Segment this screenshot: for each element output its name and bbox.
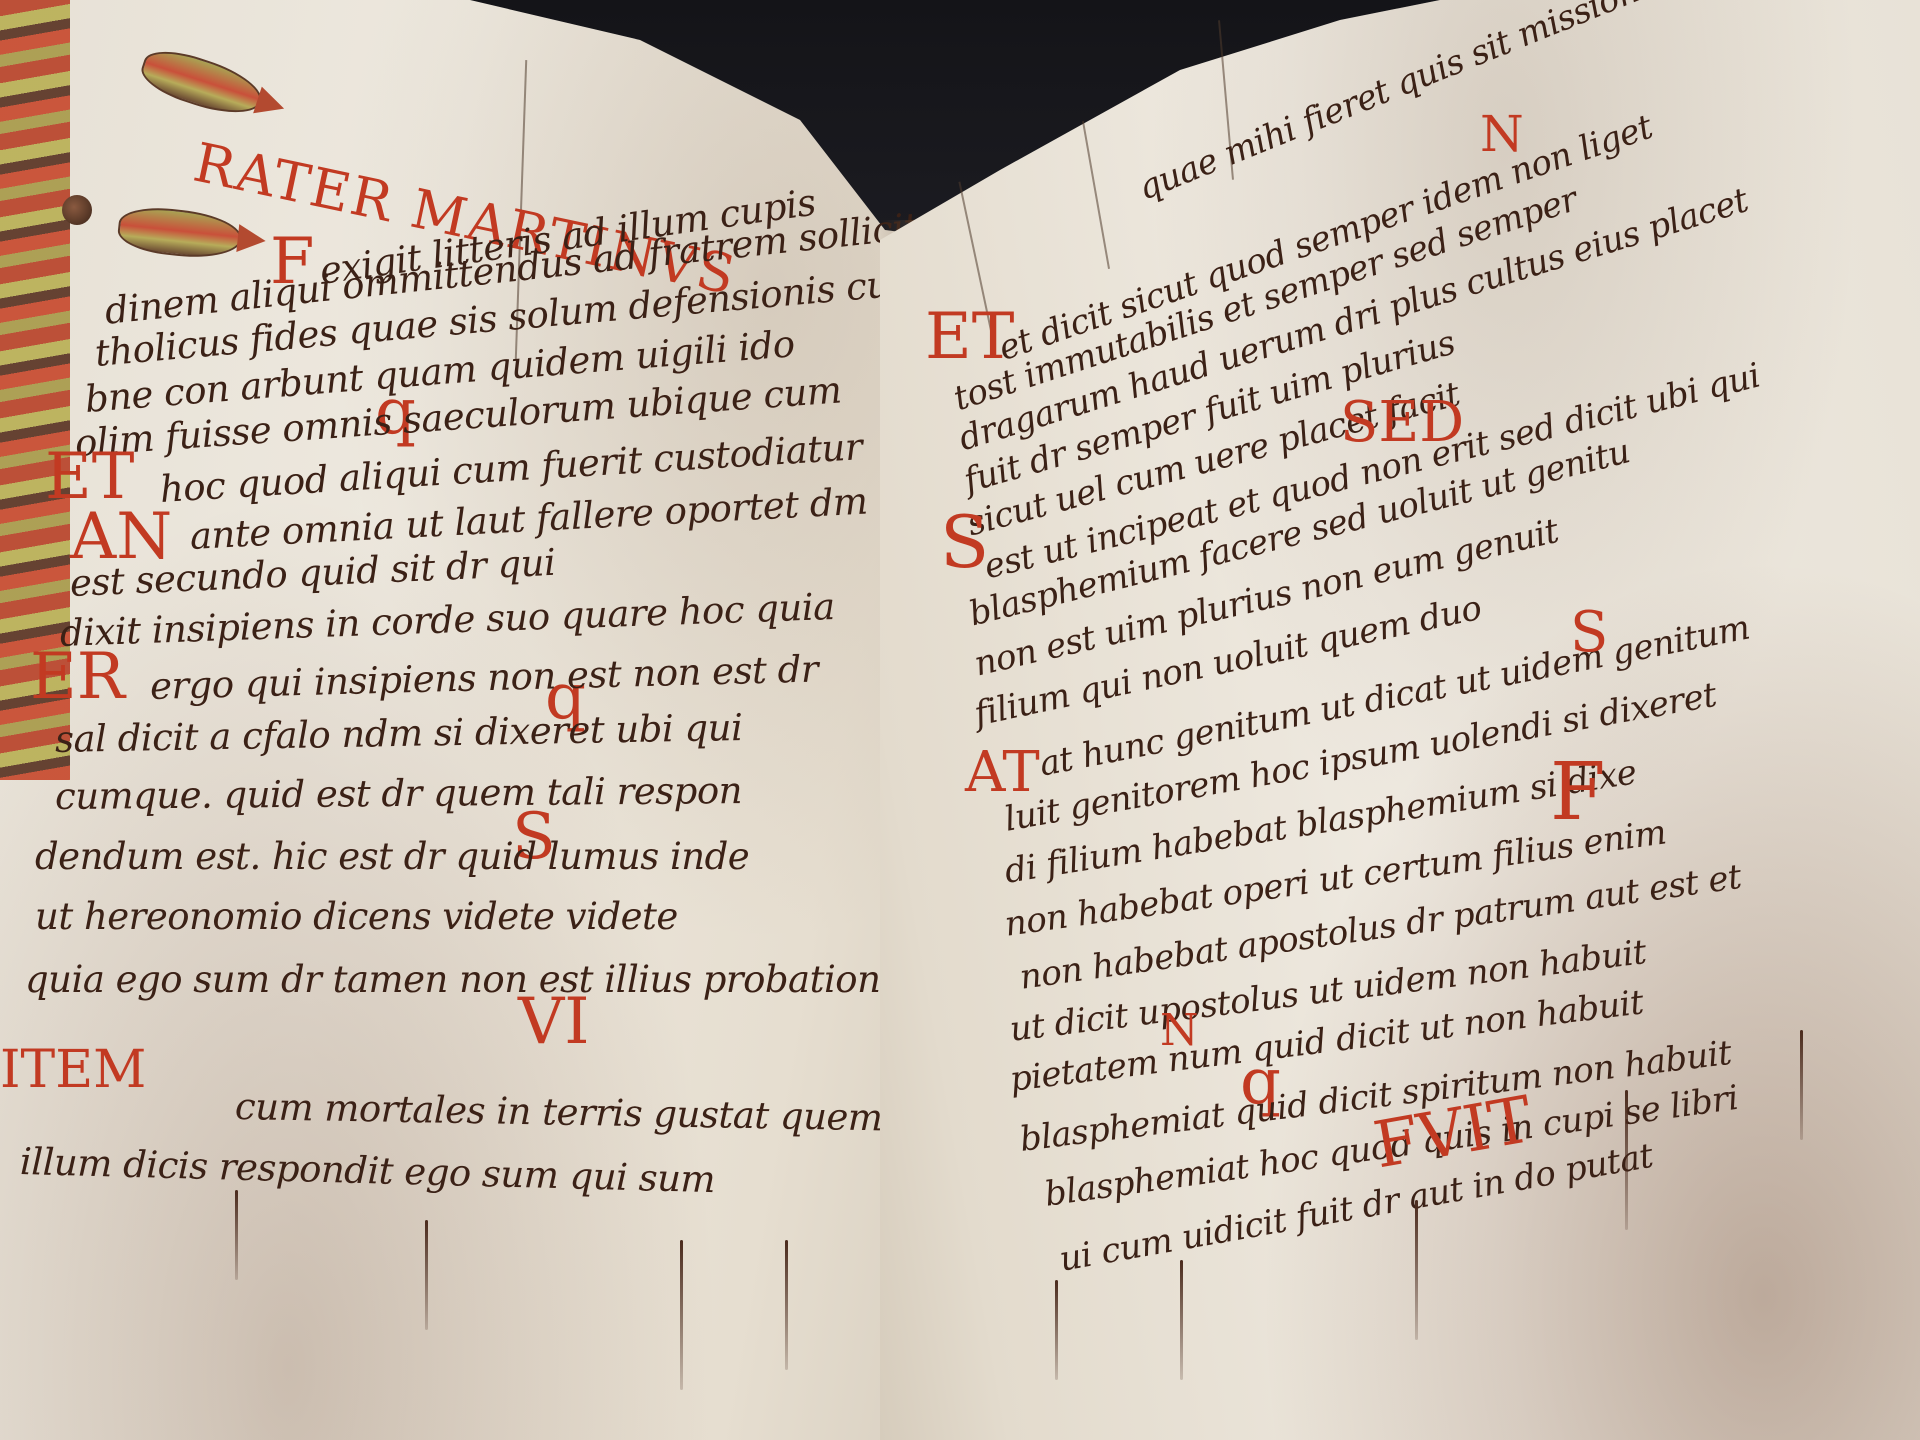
ink-descender bbox=[1180, 1260, 1183, 1380]
ink-descender bbox=[1800, 1030, 1803, 1140]
ink-descender bbox=[1625, 1090, 1628, 1230]
manuscript-photo: RATER MARTINVS F exigit litteris ad illu… bbox=[0, 0, 1920, 1440]
ink-descender bbox=[1415, 1200, 1418, 1340]
ink-descender bbox=[680, 1240, 683, 1390]
text-line: dendum est. hic est dr quid lumus inde bbox=[35, 835, 749, 878]
text-line: quia ego sum dr tamen non est illius pro… bbox=[25, 958, 902, 1001]
medallion-icon bbox=[62, 195, 92, 225]
ink-descender bbox=[425, 1220, 428, 1330]
text-line: ut hereonomio dicens videte videte bbox=[35, 895, 678, 938]
ink-descender bbox=[1055, 1280, 1058, 1380]
rubric-initial: ER bbox=[30, 640, 125, 714]
rubric-initial: S bbox=[940, 500, 989, 584]
ink-descender bbox=[785, 1240, 788, 1370]
text-line: cumque. quid est dr quem tali respon bbox=[55, 769, 742, 818]
ink-descender bbox=[235, 1190, 238, 1280]
rubric-initial: ITEM bbox=[0, 1040, 146, 1100]
rubric-initial: S bbox=[1570, 600, 1608, 665]
